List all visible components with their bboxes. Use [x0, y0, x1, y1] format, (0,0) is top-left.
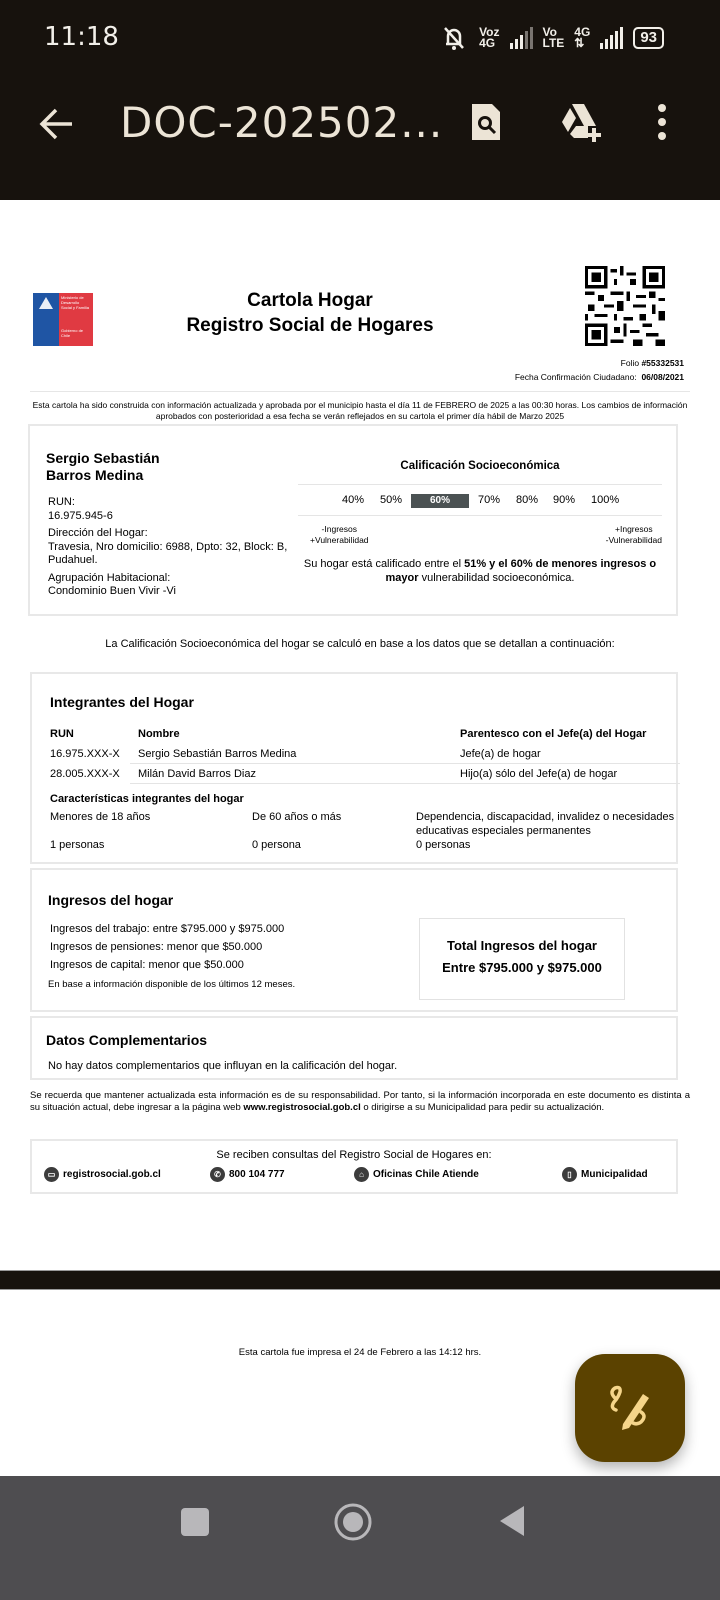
- table-row: 28.005.XXX-X Milán David Barros Diaz Hij…: [50, 764, 670, 784]
- divider: [30, 391, 690, 392]
- qr-code: [585, 266, 665, 346]
- navigation-bar: [0, 1476, 720, 1600]
- update-notice: Esta cartola ha sido construida con info…: [30, 400, 690, 422]
- contact-municipalidad[interactable]: ▯Municipalidad: [562, 1167, 648, 1182]
- volte-indicator-1: Voz4G: [479, 27, 499, 49]
- section-title: Ingresos del hogar: [48, 892, 173, 908]
- scale-step: 50%: [380, 494, 402, 506]
- monitor-icon: ▭: [44, 1167, 59, 1182]
- home-icon: ⌂: [354, 1167, 369, 1182]
- income-list: Ingresos del trabajo: entre $795.000 y $…: [50, 920, 295, 994]
- scale-step: 80%: [516, 494, 538, 506]
- head-of-household-name: Sergio Sebastián Barros Medina: [46, 450, 160, 484]
- characteristics: Menores de 18 años1 personas De 60 años …: [50, 810, 680, 860]
- signal-icon-2: [600, 27, 623, 49]
- contact-web[interactable]: ▭registrosocial.gob.cl: [44, 1167, 161, 1182]
- sign-document-button[interactable]: [575, 1354, 685, 1462]
- document-heading: Cartola Hogar Registro Social de Hogares: [150, 288, 470, 338]
- scale-step-selected: 60%: [411, 494, 469, 508]
- back-triangle-icon[interactable]: [498, 1504, 526, 1538]
- contact-card: Se reciben consultas del Registro Social…: [30, 1139, 678, 1194]
- home-circle-icon[interactable]: [334, 1503, 372, 1541]
- household-summary-card: Sergio Sebastián Barros Medina RUN:16.97…: [28, 424, 678, 616]
- contact-chile-atiende[interactable]: ⌂Oficinas Chile Atiende: [354, 1167, 479, 1182]
- household-members-card: Integrantes del Hogar RUN Nombre Parente…: [30, 672, 678, 864]
- battery-icon: 93: [633, 27, 664, 49]
- search-document-icon[interactable]: [468, 102, 504, 142]
- page-separator: [0, 1270, 720, 1290]
- clock: 11:18: [44, 22, 119, 52]
- section-title: Integrantes del Hogar: [50, 694, 194, 710]
- signal-icon-1: [510, 27, 533, 49]
- more-vert-icon[interactable]: [650, 102, 674, 142]
- document-title: DOC-202502...: [120, 98, 443, 147]
- rating-description: Su hogar está calificado entre el 51% y …: [298, 557, 662, 585]
- registro-social-link[interactable]: www.registrosocial.gob.cl: [243, 1102, 360, 1113]
- scale-step: 70%: [478, 494, 500, 506]
- drive-add-icon[interactable]: [558, 102, 604, 142]
- complementary-data-card: Datos Complementarios No hay datos compl…: [30, 1016, 678, 1080]
- contact-phone[interactable]: ✆800 104 777: [210, 1167, 285, 1182]
- volte-indicator-2: VoLTE: [543, 27, 565, 49]
- scale-step: 90%: [553, 494, 575, 506]
- app-bar: DOC-202502...: [0, 80, 720, 200]
- network-type: 4G⇅: [574, 27, 590, 49]
- update-reminder: Se recuerda que mantener actualizada est…: [30, 1090, 690, 1113]
- scale-step: 40%: [342, 494, 364, 506]
- building-icon: ▯: [562, 1167, 577, 1182]
- table-row: 16.975.XXX-X Sergio Sebastián Barros Med…: [50, 744, 670, 764]
- phone-icon: ✆: [210, 1167, 225, 1182]
- silent-bell-icon: [439, 24, 469, 52]
- signature-pen-icon: [575, 1354, 685, 1462]
- scale-step: 100%: [591, 494, 619, 506]
- status-icons: Voz4G VoLTE 4G⇅ 93: [439, 24, 664, 52]
- ministry-logo: Ministerio de Desarrollo Social y Famili…: [33, 293, 93, 346]
- section-title: Datos Complementarios: [46, 1032, 207, 1048]
- members-table: RUN Nombre Parentesco con el Jefe(a) del…: [50, 724, 670, 784]
- household-income-card: Ingresos del hogar Ingresos del trabajo:…: [30, 868, 678, 1012]
- folio-info: Folio #55332531 Fecha Confirmación Ciuda…: [515, 356, 684, 384]
- rating-scale: 40%50%60%70%80%90%100%: [298, 484, 662, 516]
- socioeconomic-rating: Calificación Socioeconómica 40%50%60%70%…: [298, 460, 662, 585]
- characteristics-title: Características integrantes del hogar: [50, 792, 670, 806]
- calculation-note: La Calificación Socioeconómica del hogar…: [30, 638, 690, 650]
- total-income-box: Total Ingresos del hogar Entre $795.000 …: [419, 918, 625, 1000]
- recents-square-icon[interactable]: [181, 1508, 209, 1536]
- back-arrow-icon[interactable]: [36, 106, 76, 142]
- status-bar: 11:18 Voz4G VoLTE 4G⇅ 93: [0, 0, 720, 80]
- table-header: RUN Nombre Parentesco con el Jefe(a) del…: [50, 724, 670, 744]
- household-info: RUN:16.975.945-6 Dirección del Hogar:Tra…: [48, 496, 298, 603]
